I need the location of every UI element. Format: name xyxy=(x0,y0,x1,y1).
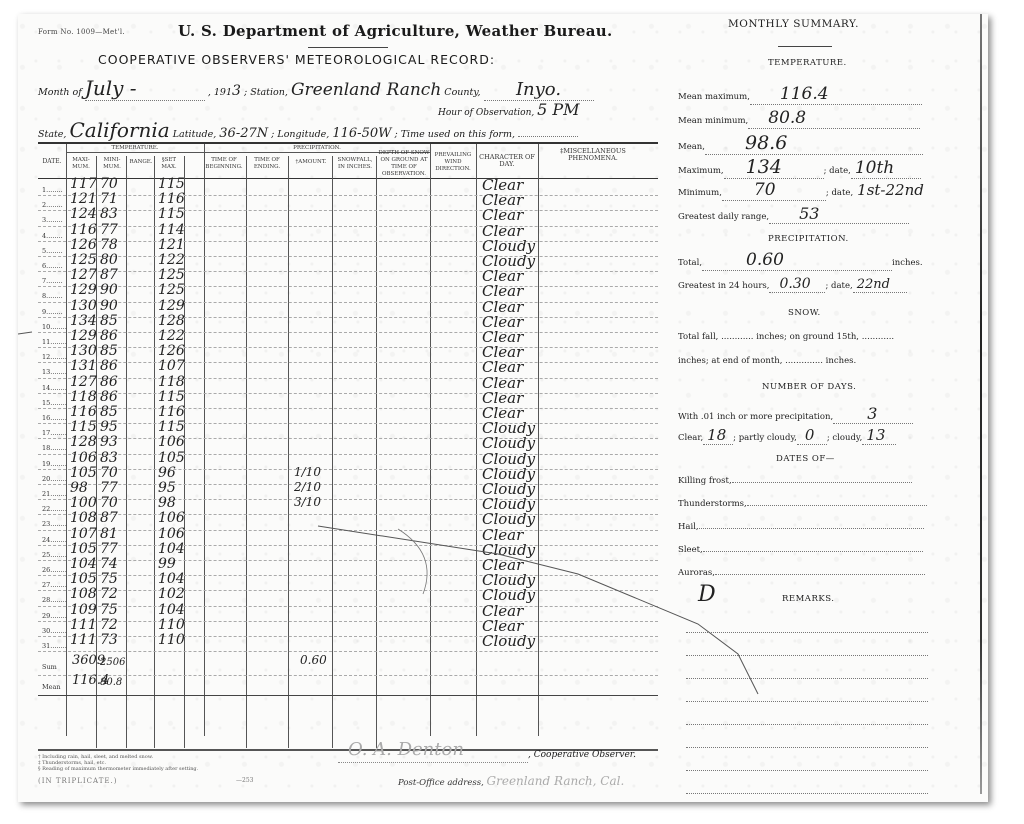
stray-pencil-lines xyxy=(18,14,988,802)
record-sheet: Form No. 1009—Met'l. U. S. Department of… xyxy=(18,14,988,802)
sheet-edge-shadow xyxy=(980,14,982,794)
